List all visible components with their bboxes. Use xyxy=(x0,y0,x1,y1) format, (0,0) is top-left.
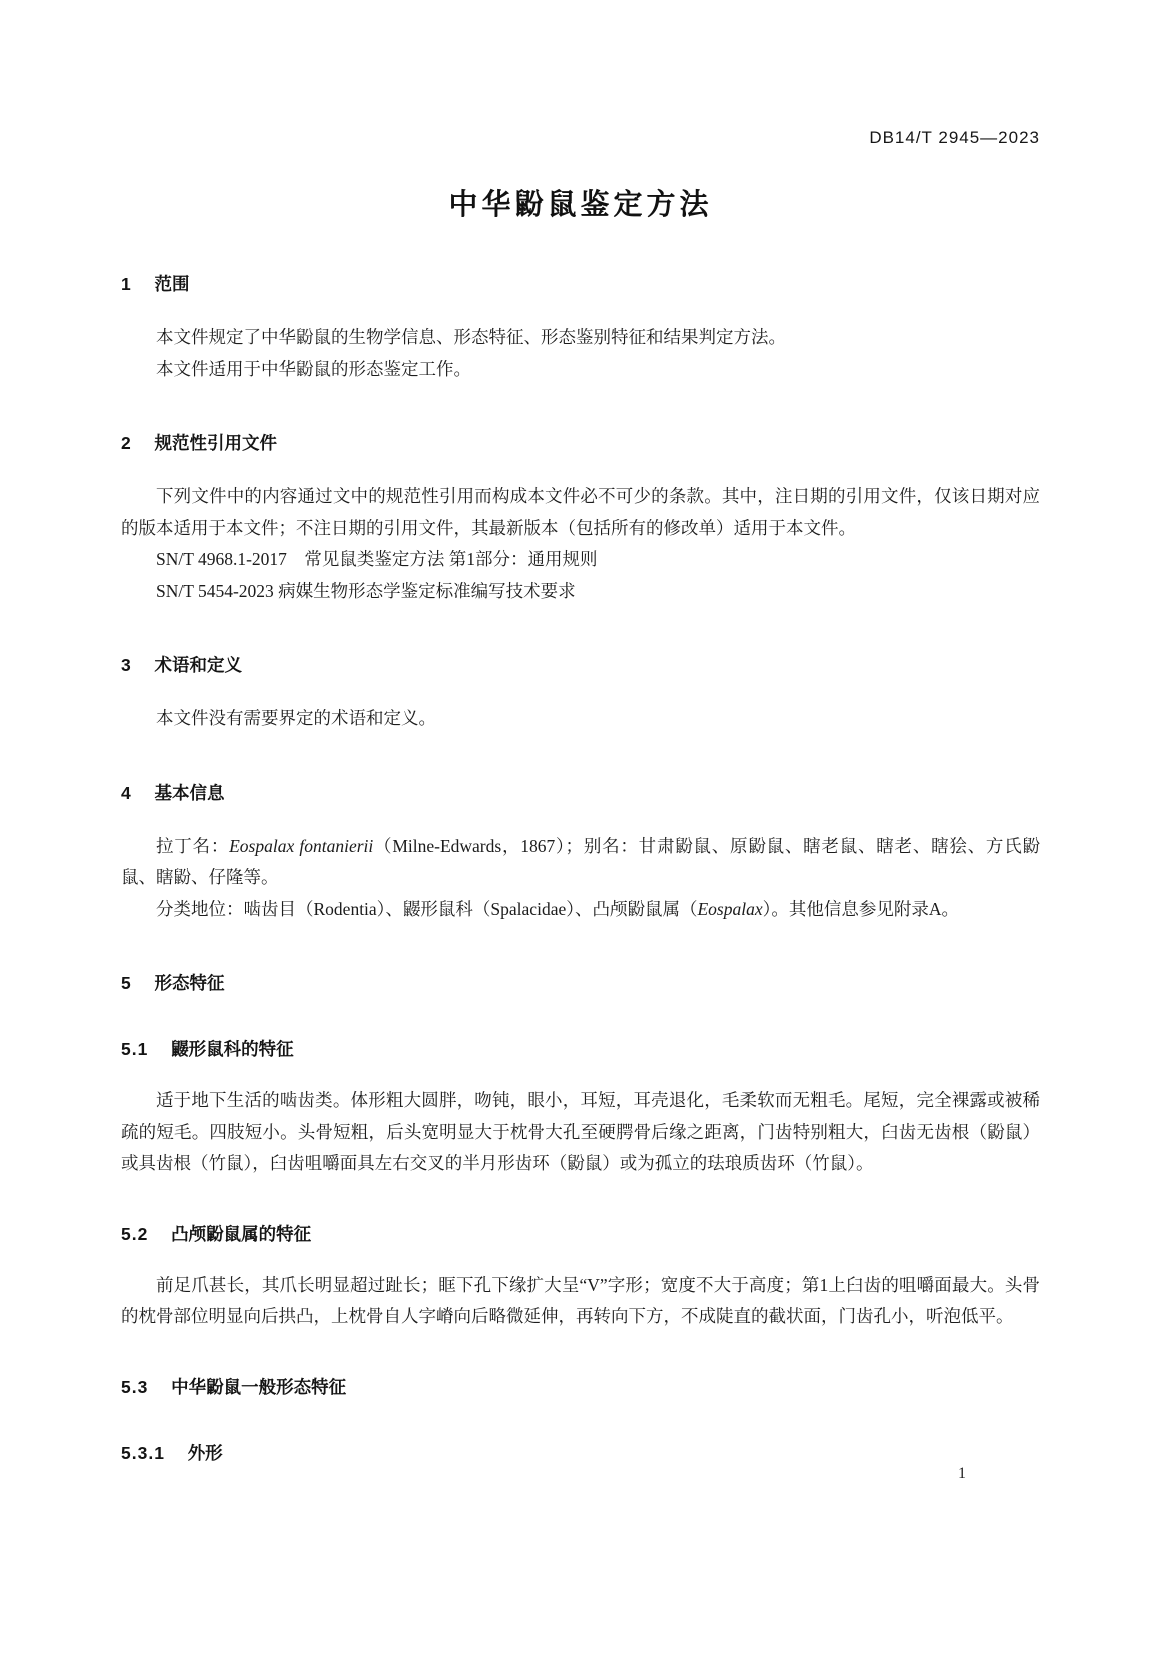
section-title: 鼹形鼠科的特征 xyxy=(171,1039,294,1059)
section-number: 1 xyxy=(121,272,132,296)
taxonomy-genus: Eospalax xyxy=(697,899,762,919)
section-title: 规范性引用文件 xyxy=(154,433,277,453)
section-morphology-heading: 5形态特征 xyxy=(121,971,1040,995)
section-appearance-heading: 5.3.1外形 xyxy=(121,1441,1040,1465)
section-number: 5.1 xyxy=(121,1037,148,1061)
basic-info-taxonomy-paragraph: 分类地位：啮齿目（Rodentia）、鼹形鼠科（Spalacidae）、凸颅鼢鼠… xyxy=(121,894,1040,926)
section-title: 范围 xyxy=(154,274,189,294)
latin-name: Eospalax fontanierii xyxy=(229,836,373,856)
section-number: 5 xyxy=(121,971,132,995)
section-title: 凸颅鼢鼠属的特征 xyxy=(171,1224,311,1244)
normative-refs-paragraph: 下列文件中的内容通过文中的规范性引用而构成本文件必不可少的条款。其中，注日期的引… xyxy=(121,481,1040,544)
taxonomy-text-end: ）。其他信息参见附录A。 xyxy=(763,899,959,919)
doc-code: DB14/T 2945—2023 xyxy=(121,128,1040,148)
page-content: DB14/T 2945—2023 中华鼢鼠鉴定方法 1范围 本文件规定了中华鼢鼠… xyxy=(0,0,1160,1465)
section-number: 4 xyxy=(121,781,132,805)
section-number: 3 xyxy=(121,653,132,677)
section-number: 5.3.1 xyxy=(121,1441,165,1465)
basic-info-latin-paragraph: 拉丁名：Eospalax fontanierii（Milne-Edwards，1… xyxy=(121,831,1040,894)
section-title: 中华鼢鼠一般形态特征 xyxy=(171,1377,346,1397)
section-number: 5.2 xyxy=(121,1222,148,1246)
genus-paragraph: 前足爪甚长，其爪长明显超过趾长；眶下孔下缘扩大呈“V”字形；宽度不大于高度；第1… xyxy=(121,1270,1040,1333)
reference-item-1: SN/T 4968.1-2017 常见鼠类鉴定方法 第1部分：通用规则 xyxy=(121,544,1040,576)
document-page: DB14/T 2945—2023 中华鼢鼠鉴定方法 1范围 本文件规定了中华鼢鼠… xyxy=(0,0,1160,1661)
terms-paragraph: 本文件没有需要界定的术语和定义。 xyxy=(121,703,1040,735)
section-scope-heading: 1范围 xyxy=(121,272,1040,296)
scope-paragraph-1: 本文件规定了中华鼢鼠的生物学信息、形态特征、形态鉴别特征和结果判定方法。 xyxy=(121,322,1040,354)
reference-item-2: SN/T 5454-2023 病媒生物形态学鉴定标准编写技术要求 xyxy=(121,576,1040,608)
section-genus-heading: 5.2凸颅鼢鼠属的特征 xyxy=(121,1222,1040,1246)
section-normative-refs-heading: 2规范性引用文件 xyxy=(121,431,1040,455)
section-species-general-heading: 5.3中华鼢鼠一般形态特征 xyxy=(121,1375,1040,1399)
section-number: 2 xyxy=(121,431,132,455)
section-title: 外形 xyxy=(188,1443,223,1463)
section-family-heading: 5.1鼹形鼠科的特征 xyxy=(121,1037,1040,1061)
section-title: 基本信息 xyxy=(154,783,224,803)
section-title: 形态特征 xyxy=(154,973,224,993)
latin-name-label: 拉丁名： xyxy=(156,836,229,856)
section-terms-heading: 3术语和定义 xyxy=(121,653,1040,677)
taxonomy-text: 分类地位：啮齿目（Rodentia）、鼹形鼠科（Spalacidae）、凸颅鼢鼠… xyxy=(156,899,697,919)
page-number: 1 xyxy=(958,1458,966,1490)
section-title: 术语和定义 xyxy=(154,655,242,675)
scope-paragraph-2: 本文件适用于中华鼢鼠的形态鉴定工作。 xyxy=(121,354,1040,386)
doc-title: 中华鼢鼠鉴定方法 xyxy=(121,184,1040,226)
section-basic-info-heading: 4基本信息 xyxy=(121,781,1040,805)
section-number: 5.3 xyxy=(121,1375,148,1399)
family-paragraph: 适于地下生活的啮齿类。体形粗大圆胖，吻钝，眼小，耳短，耳壳退化，毛柔软而无粗毛。… xyxy=(121,1085,1040,1180)
